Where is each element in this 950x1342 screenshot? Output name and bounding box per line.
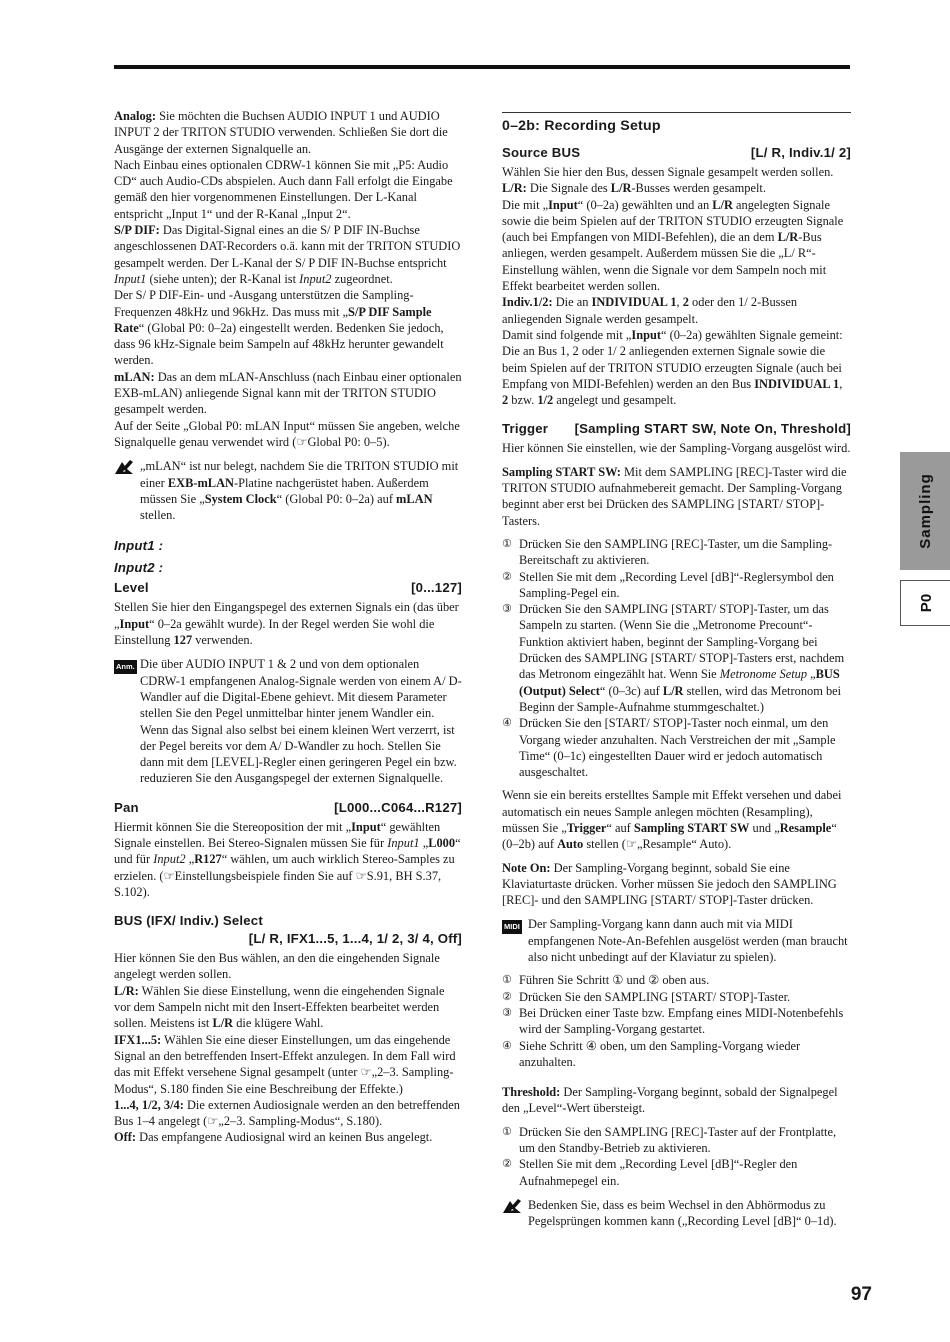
resample-paragraph: Wenn sie ein bereits erstelltes Sample m… <box>502 787 851 852</box>
note-on-steps: ①Führen Sie Schritt ① und ② oben aus. ②D… <box>502 972 851 1070</box>
monitor-note: Bedenken Sie, dass es beim Wechsel in de… <box>502 1197 851 1230</box>
mlan-note: „mLAN“ ist nur belegt, nachdem Sie die T… <box>114 458 462 523</box>
pan-range: [L000...C064...R127] <box>334 799 462 817</box>
source-bus-param-header: Source BUS[L/ R, Indiv.1/ 2] <box>502 144 851 162</box>
chapter-tab-sampling: Sampling <box>900 452 950 570</box>
level-description: Stellen Sie hier den Eingangspegel des e… <box>114 599 462 648</box>
spdif-paragraph: S/P DIF: Das Digital-Signal eines an die… <box>114 222 462 287</box>
analog-cdrw-paragraph: Nach Einbau eines optionalen CDRW-1 könn… <box>114 157 462 222</box>
input1-heading: Input1 : <box>114 535 462 557</box>
step-item: ④Siehe Schritt ④ oben, um den Sampling-V… <box>502 1038 851 1071</box>
bus-select-bus: 1...4, 1/2, 3/4: Die externen Audiosigna… <box>114 1097 462 1130</box>
midi-icon: MIDI <box>502 920 522 934</box>
step-item: ③Bei Drücken einer Taste bzw. Empfang ei… <box>502 1005 851 1038</box>
trigger-param-header: Trigger[Sampling START SW, Note On, Thre… <box>502 420 851 438</box>
source-bus-range: [L/ R, Indiv.1/ 2] <box>751 144 851 162</box>
start-sw-steps: ①Drücken Sie den SAMPLING [REC]-Taster, … <box>502 536 851 780</box>
threshold-paragraph: Threshold: Der Sampling-Vorgang beginnt,… <box>502 1084 851 1117</box>
threshold-steps: ①Drücken Sie den SAMPLING [REC]-Taster a… <box>502 1124 851 1189</box>
step-item: ①Drücken Sie den SAMPLING [REC]-Taster a… <box>502 1124 851 1157</box>
step-item: ①Führen Sie Schritt ① und ② oben aus. <box>502 972 851 988</box>
section-title: 0–2b: Recording Setup <box>502 112 851 136</box>
mlan-input-paragraph: Auf der Seite „Global P0: mLAN Input“ mü… <box>114 418 462 451</box>
midi-note: MIDI Der Sampling-Vorgang kann dann auch… <box>502 916 851 965</box>
level-range: [0...127] <box>411 579 462 597</box>
page-tab-p0: P0 <box>900 580 950 626</box>
note-on-paragraph: Note On: Der Sampling-Vorgang beginnt, s… <box>502 860 851 909</box>
source-bus-lr-detail: Die mit „Input“ (0–2a) gewählten und an … <box>502 197 851 295</box>
caution-pencil-icon <box>502 1197 528 1230</box>
pan-description: Hiermit können Sie die Stereoposition de… <box>114 819 462 900</box>
right-column: 0–2b: Recording Setup Source BUS[L/ R, I… <box>502 112 851 1230</box>
step-item: ③Drücken Sie den SAMPLING [START/ STOP]-… <box>502 601 851 715</box>
step-item: ②Stellen Sie mit dem „Recording Level [d… <box>502 569 851 602</box>
pan-param-header: Pan[L000...C064...R127] <box>114 799 462 817</box>
bus-select-ifx: IFX1...5: Wählen Sie eine dieser Einstel… <box>114 1032 462 1097</box>
anm-note-icon: Anm. <box>114 660 137 674</box>
step-item: ④Drücken Sie den [START/ STOP]-Taster no… <box>502 715 851 780</box>
level-param-header: Level[0...127] <box>114 579 462 597</box>
bus-select-param-header: BUS (IFX/ Indiv.) Select <box>114 912 462 930</box>
source-bus-intro: Wählen Sie hier den Bus, dessen Signale … <box>502 164 851 180</box>
bus-select-off: Off: Das empfangene Audiosignal wird an … <box>114 1129 462 1145</box>
step-item: ①Drücken Sie den SAMPLING [REC]-Taster, … <box>502 536 851 569</box>
spdif-rate-paragraph: Der S/ P DIF-Ein- und -Ausgang unterstüt… <box>114 287 462 368</box>
step-item: ②Drücken Sie den SAMPLING [START/ STOP]-… <box>502 989 851 1005</box>
bus-select-lr: L/R: Wählen Sie diese Einstellung, wenn … <box>114 983 462 1032</box>
page-number: 97 <box>830 1284 872 1306</box>
level-note: Anm. Die über AUDIO INPUT 1 & 2 und von … <box>114 656 462 786</box>
trigger-start-sw: Sampling START SW: Mit dem SAMPLING [REC… <box>502 464 851 529</box>
trigger-intro: Hier können Sie einstellen, wie der Samp… <box>502 440 851 456</box>
trigger-range: [Sampling START SW, Note On, Threshold] <box>575 420 851 438</box>
top-rule <box>114 65 850 69</box>
input2-heading: Input2 : <box>114 557 462 579</box>
bus-select-intro: Hier können Sie den Bus wählen, an den d… <box>114 950 462 983</box>
step-item: ②Stellen Sie mit dem „Recording Level [d… <box>502 1156 851 1189</box>
bus-select-range: [L/ R, IFX1...5, 1...4, 1/ 2, 3/ 4, Off] <box>114 930 462 948</box>
left-column: Analog: Sie möchten die Buchsen AUDIO IN… <box>114 108 462 1146</box>
analog-label: Analog: <box>114 109 156 123</box>
caution-pencil-icon <box>114 458 140 523</box>
source-bus-indiv-detail: Damit sind folgende mit „Input“ (0–2a) g… <box>502 327 851 408</box>
analog-paragraph: Analog: Sie möchten die Buchsen AUDIO IN… <box>114 108 462 157</box>
source-bus-lr: L/R: Die Signale des L/R-Busses werden g… <box>502 180 851 196</box>
source-bus-indiv: Indiv.1/2: Die an INDIVIDUAL 1, 2 oder d… <box>502 294 851 327</box>
mlan-paragraph: mLAN: Das an dem mLAN-Anschluss (nach Ei… <box>114 369 462 418</box>
